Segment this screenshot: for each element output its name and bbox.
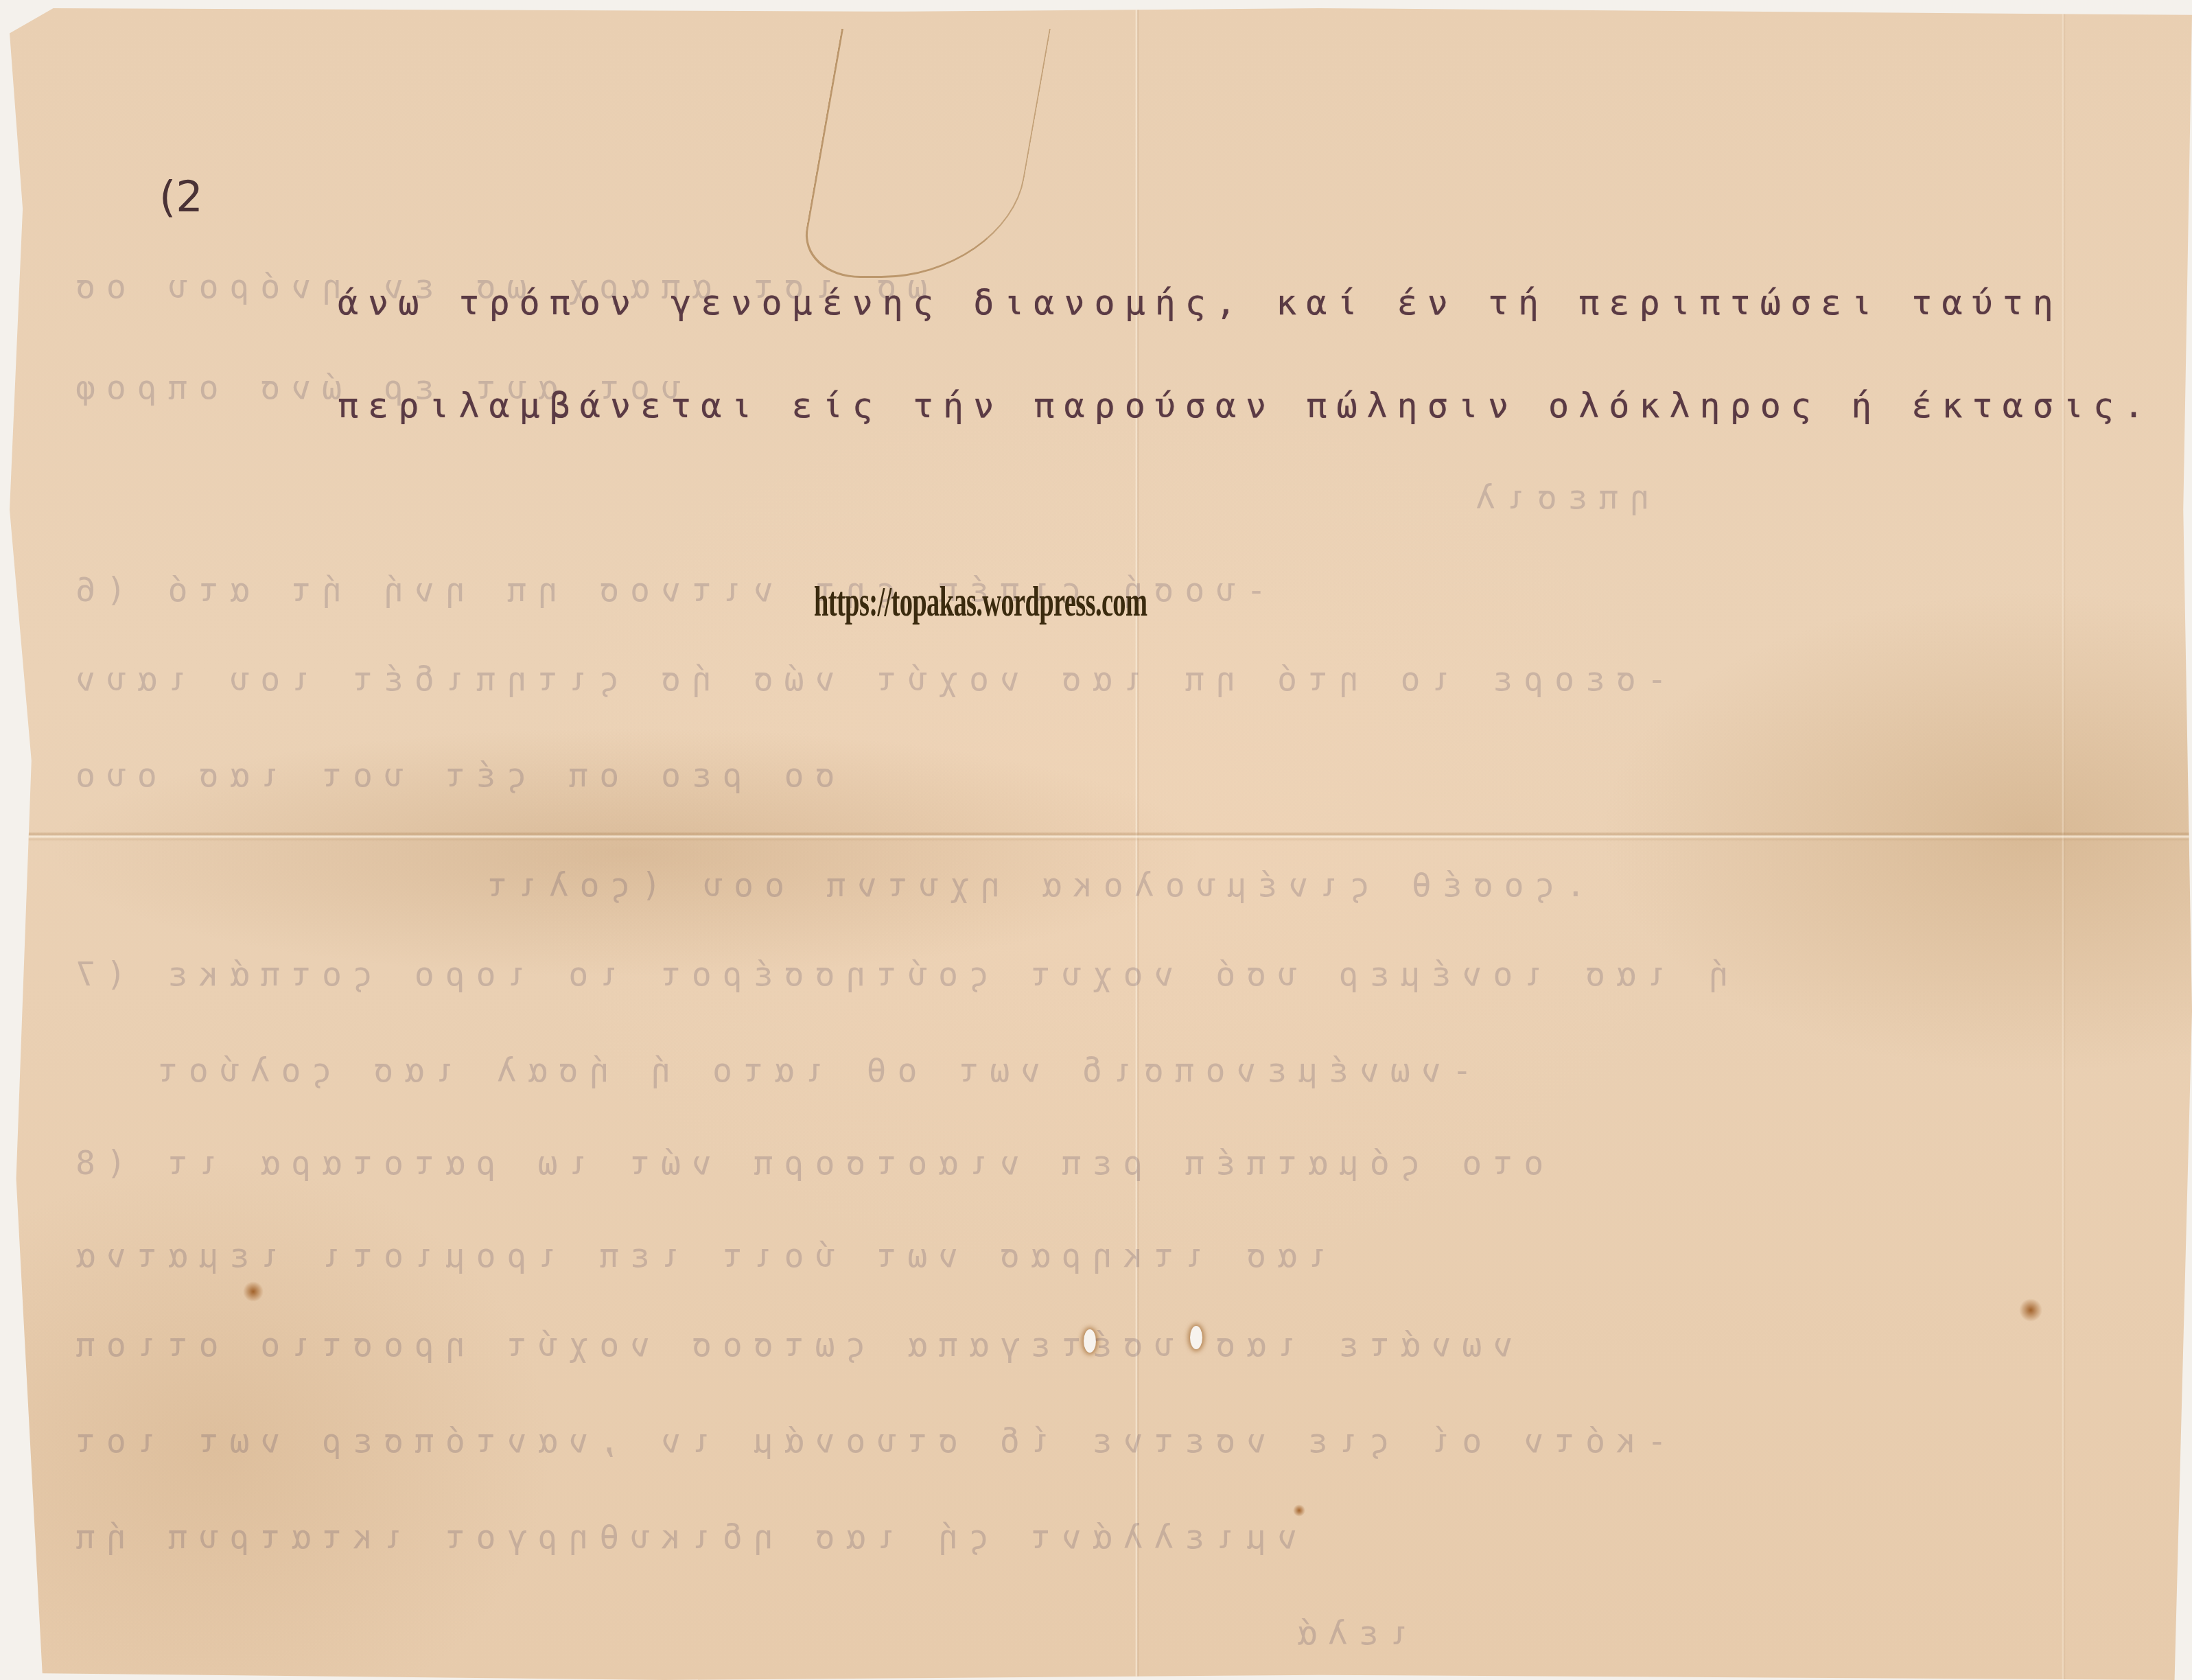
horizontal-fold-crease <box>10 832 2192 841</box>
bleed-through-line: σο ρεο οπ ςέτ υοτ ιασ ουο <box>65 756 835 795</box>
bleed-through-line: ηπεσιλ <box>1465 478 1649 517</box>
right-fold-crease <box>2062 8 2066 1680</box>
bleed-through-line: ιελά <box>1286 1614 1410 1653</box>
bleed-through-line: -νωνέμενοπσιδ νωτ οθ ιατο ή ήσαλ ιασ ςολ… <box>147 1051 1472 1090</box>
typed-line-1: άνω τρόπον γενομένης διανομής, καί έν τή… <box>338 283 2063 323</box>
rust-stain <box>1293 1504 1305 1517</box>
bleed-through-line: οτο ςόματπέπ ρεπ νιαοτσορπ νώτ ιω ρατοτα… <box>65 1144 1543 1182</box>
paper-sheet: ωσ ιστ απαρχ ωσ εν ηνόρου οσ υοτ αυτ ερ … <box>10 8 2192 1680</box>
bleed-through-line: νωνάτε ιασ υσέτεγαπα ςωτσοσ νοχύτ ηροστι… <box>65 1326 1513 1364</box>
bleed-through-line: -κότν οί ςιε νσετνε ίδ στυονάμ ιν ,ναντό… <box>65 1422 1667 1460</box>
bleed-through-line: -σεορε ιο ητό ηπ ιασ νοχύτ νώσ ήσ ςιτηπι… <box>65 660 1667 699</box>
bleed-through-line: .ςοσέθ ςινέμυολοκα ηχυτνπ οου (ςολιτ <box>476 866 1585 905</box>
bleed-through-line: ή ιασ ιονέμερ υσό νοχυτ ςούτησσέροτ ιο ι… <box>65 955 1729 994</box>
bleed-through-line: ιασ ιτκηρασ νωτ ύοιτ ιεπ ιρομιοτι ιεματν… <box>65 1237 1328 1275</box>
typed-line-2: περιλαμβάνεται είς τήν παρούσαν πώλησιν … <box>338 386 2154 425</box>
rust-stain <box>2019 1298 2042 1322</box>
rust-stain <box>243 1281 264 1302</box>
paper-tear <box>797 29 1051 278</box>
watermark-url: https://topakas.wordpress.com <box>814 578 1147 627</box>
bleed-through-line: νμιελλάντ ςή ιασ ηδικυθηργοτ ικτατρυπ ήπ <box>65 1518 1297 1556</box>
page-number-marker: (2 <box>159 172 203 222</box>
